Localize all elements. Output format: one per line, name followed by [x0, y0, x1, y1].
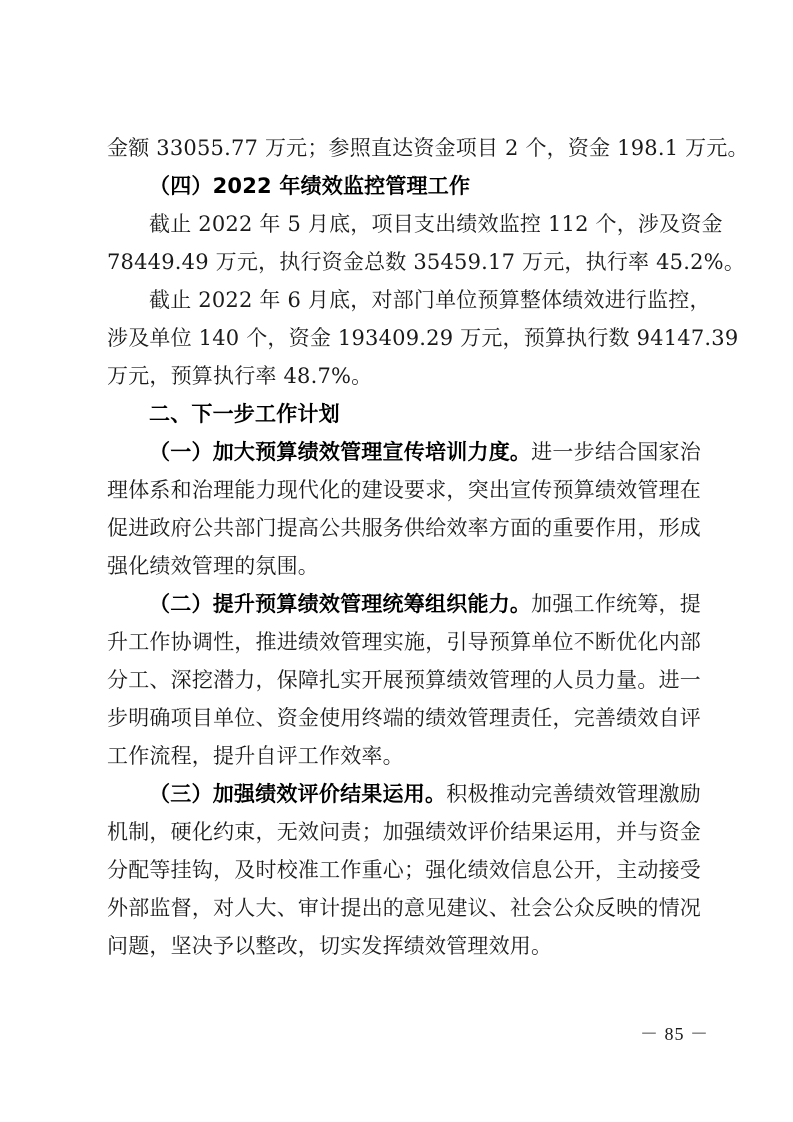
- paragraph-line: 工作流程，提升自评工作效率。: [107, 741, 701, 771]
- item-heading: （二）提升预算绩效管理统筹组织能力。: [149, 592, 531, 616]
- paragraph-line: 促进政府公共部门提高公共服务供给效率方面的重要作用，形成: [107, 513, 701, 543]
- paragraph-line: 分配等挂钩，及时校准工作重心；强化绩效信息公开，主动接受: [107, 855, 701, 885]
- paragraph-line: 机制，硬化约束，无效问责；加强绩效评价结果运用，并与资金: [107, 817, 701, 847]
- paragraph-line: 分工、深挖潜力，保障扎实开展预算绩效管理的人员力量。进一: [107, 665, 701, 695]
- paragraph-line: 外部监督，对人大、审计提出的意见建议、社会公众反映的情况: [107, 893, 701, 923]
- paragraph-line: 理体系和治理能力现代化的建设要求，突出宣传预算绩效管理在: [107, 475, 701, 505]
- item-heading: （一）加大预算绩效管理宣传培训力度。: [149, 440, 531, 464]
- paragraph-line: （一）加大预算绩效管理宣传培训力度。进一步结合国家治: [149, 437, 701, 467]
- paragraph-text: 进一步结合国家治: [531, 440, 701, 464]
- paragraph-line: 步明确项目单位、资金使用终端的绩效管理责任，完善绩效自评: [107, 703, 701, 733]
- subsection-heading: （四）2022 年绩效监控管理工作: [149, 171, 701, 201]
- paragraph-line: 强化绩效管理的氛围。: [107, 551, 701, 581]
- document-page: 金额 33055.77 万元；参照直达资金项目 2 个，资金 198.1 万元。…: [0, 0, 793, 1122]
- page-number: － 85 －: [640, 1022, 709, 1046]
- paragraph-text: 加强工作统筹，提: [531, 592, 701, 616]
- item-heading: （三）加强绩效评价结果运用。: [149, 782, 446, 806]
- paragraph-line: （二）提升预算绩效管理统筹组织能力。加强工作统筹，提: [149, 589, 701, 619]
- paragraph-line: 截止 2022 年 5 月底，项目支出绩效监控 112 个，涉及资金: [149, 209, 701, 239]
- paragraph-line: （三）加强绩效评价结果运用。积极推动完善绩效管理激励: [149, 779, 701, 809]
- paragraph-line: 截止 2022 年 6 月底，对部门单位预算整体绩效进行监控，: [149, 285, 701, 315]
- paragraph-line: 金额 33055.77 万元；参照直达资金项目 2 个，资金 198.1 万元。: [107, 133, 701, 163]
- paragraph-line: 78449.49 万元，执行资金总数 35459.17 万元，执行率 45.2%…: [107, 247, 701, 277]
- paragraph-line: 万元，预算执行率 48.7%。: [107, 361, 701, 391]
- paragraph-line: 升工作协调性，推进绩效管理实施，引导预算单位不断优化内部: [107, 627, 701, 657]
- paragraph-text: 积极推动完善绩效管理激励: [446, 782, 701, 806]
- section-heading: 二、下一步工作计划: [149, 399, 701, 429]
- paragraph-line: 问题，坚决予以整改，切实发挥绩效管理效用。: [107, 931, 701, 961]
- paragraph-line: 涉及单位 140 个，资金 193409.29 万元，预算执行数 94147.3…: [107, 323, 701, 353]
